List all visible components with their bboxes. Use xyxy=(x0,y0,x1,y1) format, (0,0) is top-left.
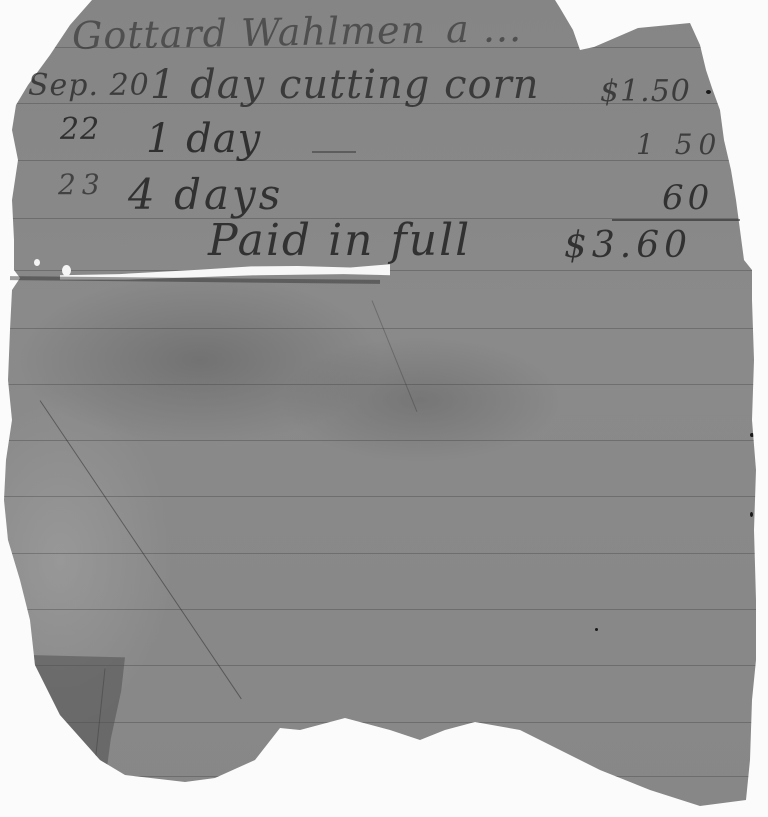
header-fragment: a ... xyxy=(446,6,523,51)
entry-1-text: day cutting corn xyxy=(190,62,539,108)
entry-3-amount: 60 xyxy=(662,178,713,218)
entry-2-date: 22 xyxy=(60,112,100,147)
dash-mark xyxy=(312,151,356,153)
small-crease xyxy=(372,300,418,412)
entry-2-quantity: 1 xyxy=(146,116,172,162)
receipt-header-name: Gottard Wahlmena ... xyxy=(72,6,523,58)
ruled-line xyxy=(0,609,768,610)
total-underline xyxy=(612,219,740,221)
entry-1-date: Sep. 20 xyxy=(28,68,150,103)
ink-speck xyxy=(706,90,711,94)
diagonal-crease xyxy=(40,400,242,699)
total-amount: $3.60 xyxy=(564,225,692,266)
torn-paper-sheet xyxy=(0,0,768,817)
entry-3-date: 23 xyxy=(58,168,106,201)
entry-1-month: Sep. xyxy=(28,68,99,103)
paper-hole xyxy=(62,265,71,276)
ink-speck xyxy=(750,512,753,517)
total-label: Paid in full xyxy=(208,215,471,266)
payee-name: Gottard Wahlmen xyxy=(72,8,427,58)
ink-speck xyxy=(595,628,598,631)
ruled-line xyxy=(0,496,768,497)
ruled-line xyxy=(0,384,768,385)
entry-2-amount: 1 50 xyxy=(636,128,722,161)
entry-1-amount: $1.50 xyxy=(600,74,691,109)
entry-2-description: 1 day xyxy=(146,116,261,162)
entry-1-quantity: 1 xyxy=(150,62,176,108)
entry-3-quantity: 4 xyxy=(128,170,158,219)
paper-hole xyxy=(34,259,40,266)
entry-1-description: 1 day cutting corn xyxy=(150,62,540,108)
ruled-line xyxy=(0,553,768,554)
entry-3-text: days xyxy=(174,170,283,219)
ruled-line xyxy=(0,722,768,723)
ruled-line xyxy=(0,440,768,441)
entry-1-day: 20 xyxy=(110,68,150,103)
entry-2-text: day xyxy=(186,116,261,162)
entry-3-description: 4 days xyxy=(128,170,283,219)
